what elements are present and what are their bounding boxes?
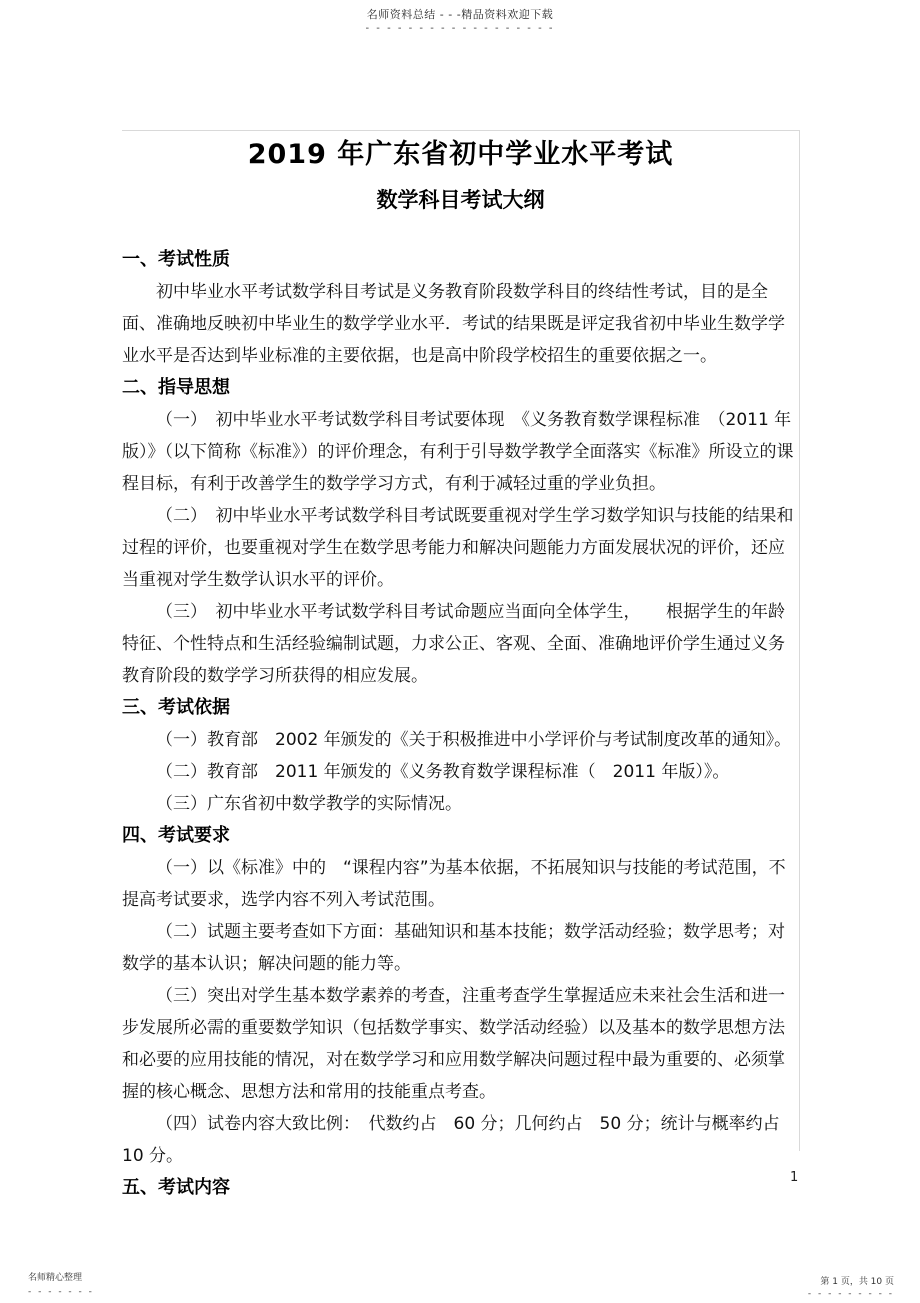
paragraph: （二）教育部 2011 年颁发的《义务教育数学课程标准（ 2011 年版）》。 (122, 756, 797, 788)
footer-left-dashes: - - - - - - - (28, 1287, 94, 1297)
paragraph: （一）教育部 2002 年颁发的《关于积极推进中小学评价与考试制度改革的通知》。 (122, 724, 797, 756)
section-heading-1: 一、考试性质 (122, 244, 797, 276)
footer-left-note: 名师精心整理 (28, 1270, 82, 1283)
paragraph: （三）突出对学生基本数学素养的考查，注重考查学生掌握适应未来社会生活和进一步发展… (122, 980, 797, 1108)
paragraph: （二） 初中毕业水平考试数学科目考试既要重视对学生学习数学知识与技能的结果和过程… (122, 500, 797, 596)
document-subtitle: 数学科目考试大纲 (122, 186, 799, 214)
content-box: 2019 年广东省初中学业水平考试 数学科目考试大纲 一、考试性质 初中毕业水平… (122, 130, 800, 1151)
section-heading-5: 五、考试内容 (122, 1172, 797, 1204)
section-heading-4: 四、考试要求 (122, 820, 797, 852)
footer-page-indicator: 第 1 页，共 10 页 (820, 1274, 894, 1287)
paragraph: （一） 初中毕业水平考试数学科目考试要体现 《义务教育数学课程标准 （2011 … (122, 404, 797, 500)
paragraph: （三） 初中毕业水平考试数学科目考试命题应当面向全体学生， 根据学生的年龄特征、… (122, 596, 797, 692)
footer-right-dashes: - - - - - - - - - (808, 1289, 894, 1299)
document-title: 2019 年广东省初中学业水平考试 (122, 138, 799, 172)
paragraph: （四）试卷内容大致比例： 代数约占 60 分；几何约占 50 分；统计与概率约占… (122, 1108, 797, 1172)
paragraph: 初中毕业水平考试数学科目考试是义务教育阶段数学科目的终结性考试，目的是全面、准确… (122, 276, 797, 372)
document-body: 一、考试性质 初中毕业水平考试数学科目考试是义务教育阶段数学科目的终结性考试，目… (122, 244, 799, 1204)
section-heading-2: 二、指导思想 (122, 372, 797, 404)
paragraph: （一）以《标准》中的 “课程内容”为基本依据，不拓展知识与技能的考试范围，不提高… (122, 852, 797, 916)
watermark-header: 名师资料总结 - - -精品资料欢迎下载 (0, 6, 920, 22)
page-number: 1 (790, 1170, 798, 1185)
paragraph: （二）试题主要考查如下方面：基础知识和基本技能；数学活动经验；数学思考；对数学的… (122, 916, 797, 980)
watermark-header-dashes: - - - - - - - - - - - - - - - - - - (0, 23, 920, 34)
document-page: 名师资料总结 - - -精品资料欢迎下载 - - - - - - - - - -… (0, 0, 920, 1303)
paragraph: （三）广东省初中数学教学的实际情况。 (122, 788, 797, 820)
section-heading-3: 三、考试依据 (122, 692, 797, 724)
